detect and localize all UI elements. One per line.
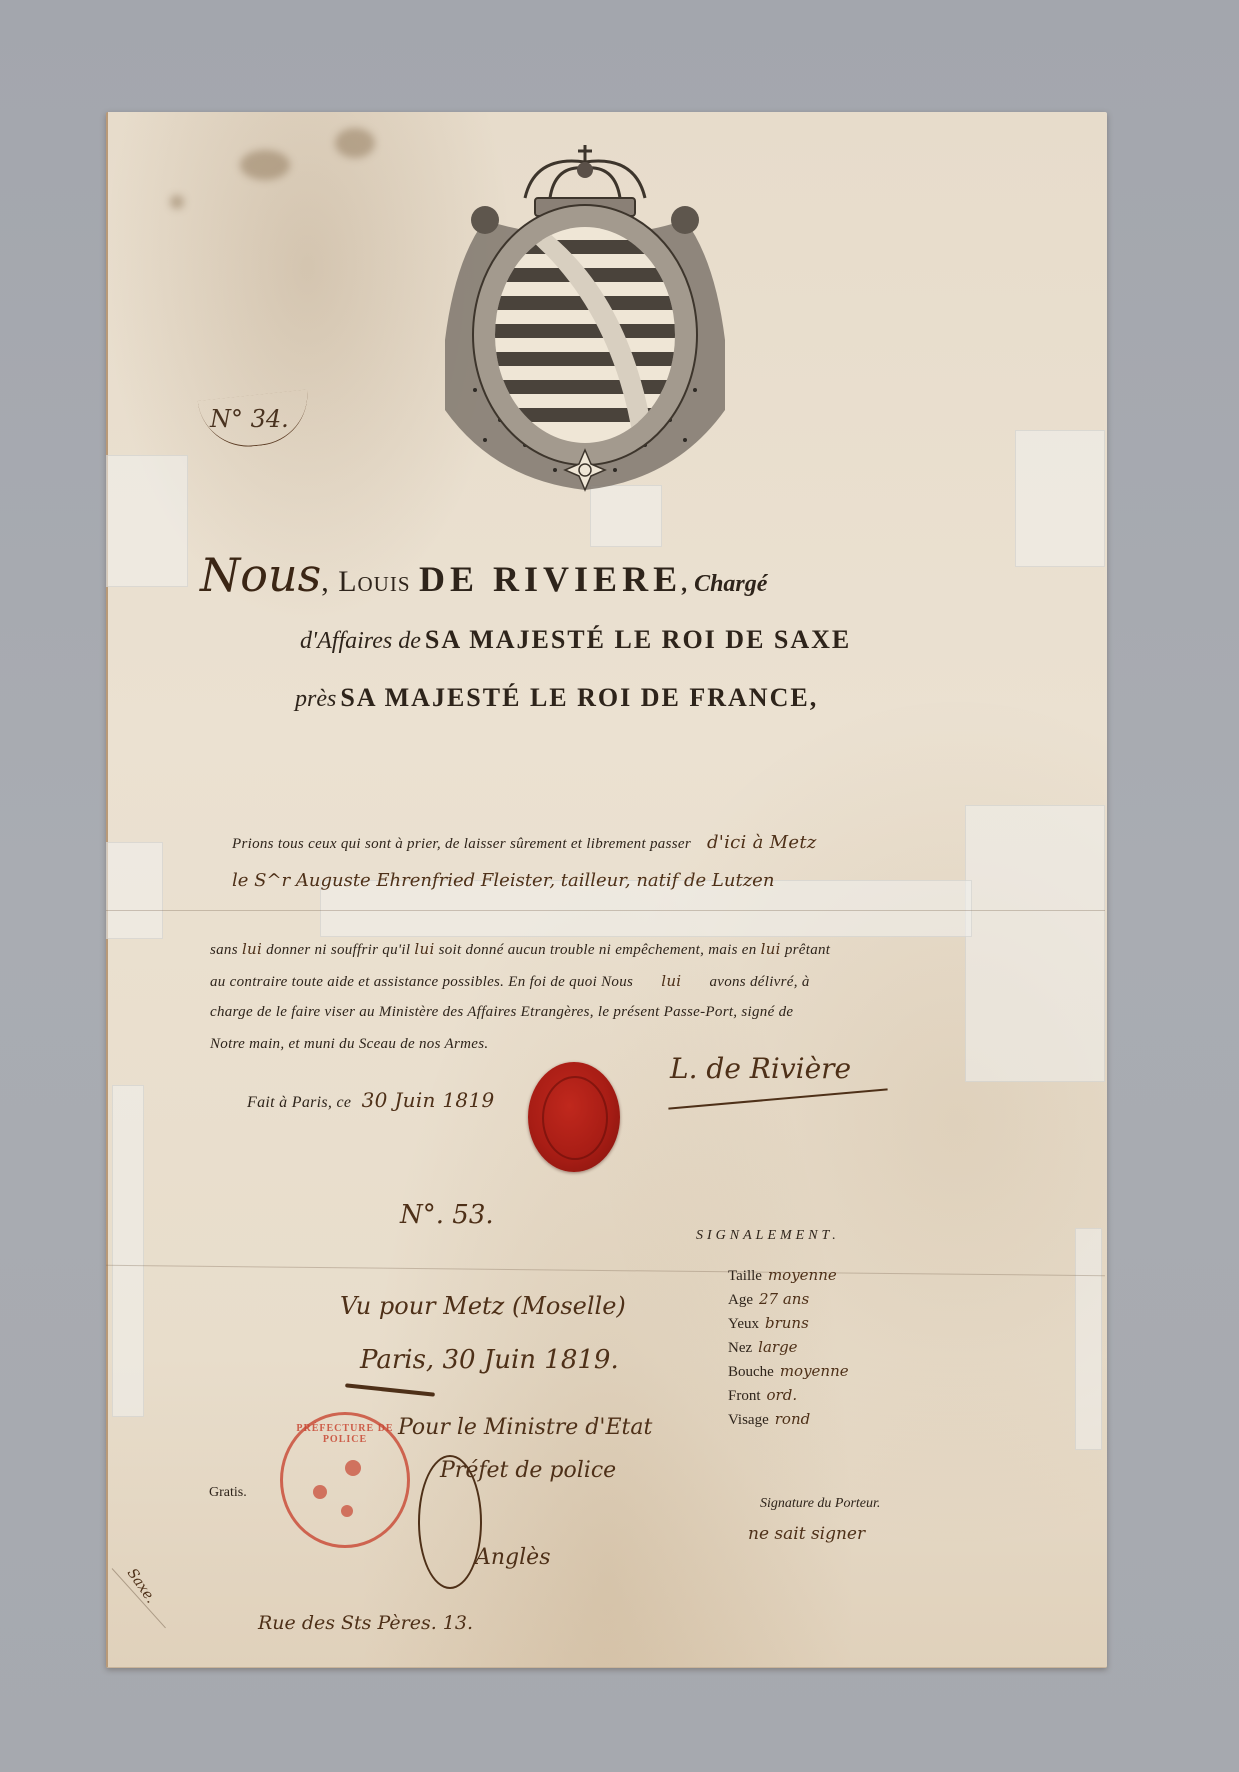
stain [335, 128, 375, 158]
signalement-row: Visagerond [728, 1410, 810, 1429]
signalement-label: Nez [728, 1340, 752, 1356]
document-number: N° 34. [210, 405, 289, 433]
signalement-row: Bouchemoyenne [728, 1362, 849, 1381]
body-line-3: sans lui donner ni souffrir qu'il lui so… [210, 940, 830, 959]
signalement-value: moyenne [768, 1266, 837, 1284]
heading-saxe: SA MAJESTÉ LE ROI DE SAXE [425, 625, 851, 654]
heading-pres: près [295, 686, 336, 712]
body-line-1: Prions tous ceux qui sont à prier, de la… [232, 832, 817, 853]
body-line-4: au contraire toute aide et assistance po… [210, 972, 810, 991]
body-hand-fragment: lui [242, 940, 262, 958]
signalement-row: Age27 ans [728, 1290, 809, 1309]
heading-france: SA MAJESTÉ LE ROI DE FRANCE, [340, 683, 818, 712]
heading-name: DE RIVIERE [419, 559, 682, 599]
body-printed-1: Prions tous ceux qui sont à prier, de la… [232, 836, 691, 852]
seal-impression [542, 1076, 608, 1160]
signalement-value: large [758, 1338, 797, 1356]
heading-name-prefix: , Louis [321, 565, 419, 598]
royal-coat-of-arms-icon [425, 140, 745, 510]
stain [240, 150, 290, 180]
signalement-row: Nezlarge [728, 1338, 798, 1357]
signalement-value: ord. [767, 1386, 798, 1404]
visa-line-2: Paris, 30 Juin 1819. [360, 1345, 619, 1375]
body-text-fragment: au contraire toute aide et assistance po… [210, 974, 633, 990]
visa-line-1: Vu pour Metz (Moselle) [340, 1292, 626, 1320]
date-line: Fait à Paris, ce 30 Juin 1819 [247, 1088, 495, 1112]
heading-charge: , Chargé [682, 571, 767, 597]
date-printed: Fait à Paris, ce [247, 1094, 351, 1111]
signalement-value: rond [775, 1410, 810, 1428]
body-text-fragment: sans [210, 942, 238, 958]
signalement-label: Yeux [728, 1316, 759, 1332]
body-line-5: charge de le faire viser au Ministère de… [210, 1004, 793, 1021]
register-number: N°. 53. [400, 1200, 494, 1230]
heading-line-2: d'Affaires de SA MAJESTÉ LE ROI DE SAXE [300, 625, 851, 655]
body-text-fragment: donner ni souffrir qu'il [266, 942, 410, 958]
signalement-value: 27 ans [759, 1290, 809, 1308]
body-destination: d'ici à Metz [707, 832, 817, 853]
fold-line [106, 910, 1105, 911]
repair-tape [106, 842, 163, 939]
wax-seal [528, 1062, 620, 1172]
body-line-6: Notre main, et muni du Sceau de nos Arme… [210, 1036, 488, 1053]
stamp-blot [345, 1460, 361, 1476]
visa-line-3: Pour le Ministre d'Etat [398, 1415, 652, 1440]
signalement-label: Front [728, 1388, 761, 1404]
stamp-blot [313, 1485, 327, 1499]
heading-line-3: près SA MAJESTÉ LE ROI DE FRANCE, [295, 683, 818, 713]
body-hand-fragment: lui [761, 940, 781, 958]
bearer-signature-label: Signature du Porteur. [760, 1496, 880, 1512]
heading-line-1: Nous, Louis DE RIVIERE, Chargé [200, 548, 767, 602]
repair-tape [1075, 1228, 1102, 1450]
heading-nous: Nous [200, 548, 321, 602]
signalement-row: Frontord. [728, 1386, 797, 1405]
signalement-label: Taille [728, 1268, 762, 1284]
repair-tape [965, 805, 1105, 1082]
visa-signature-loop [418, 1455, 482, 1589]
repair-tape [106, 455, 188, 587]
body-text-fragment: soit donné aucun trouble ni empêchement,… [439, 942, 757, 958]
body-text-fragment: avons délivré, à [709, 974, 809, 990]
repair-tape [1015, 430, 1105, 567]
bearer-signature-value: ne sait signer [748, 1524, 865, 1544]
signalement-row: Yeuxbruns [728, 1314, 809, 1333]
heading-affaires: d'Affaires de [300, 628, 421, 654]
gratis-label: Gratis. [209, 1485, 247, 1501]
stain [170, 195, 184, 209]
address-note: Rue des Sts Pères. 13. [258, 1612, 473, 1634]
signalement-label: Age [728, 1292, 753, 1308]
signalement-label: Bouche [728, 1364, 774, 1380]
body-hand-fragment: lui [661, 972, 681, 990]
signalement-value: bruns [765, 1314, 809, 1332]
signalement-value: moyenne [780, 1362, 849, 1380]
police-stamp: PRÉFECTURE DE POLICE [280, 1412, 410, 1548]
issuer-signature: L. de Rivière [670, 1052, 851, 1085]
body-text-fragment: prêtant [785, 942, 830, 958]
repair-tape [112, 1085, 144, 1417]
date-handwritten: 30 Juin 1819 [362, 1088, 495, 1112]
signalement-title: SIGNALEMENT. [696, 1228, 840, 1244]
bearer-line: le S^r Auguste Ehrenfried Fleister, tail… [232, 870, 774, 891]
signalement-label: Visage [728, 1412, 769, 1428]
signalement-row: Taillemoyenne [728, 1266, 837, 1285]
visa-signature: Anglès [475, 1545, 551, 1570]
body-hand-fragment: lui [414, 940, 434, 958]
stamp-blot [341, 1505, 353, 1517]
stamp-text: PRÉFECTURE DE POLICE [283, 1423, 407, 1445]
